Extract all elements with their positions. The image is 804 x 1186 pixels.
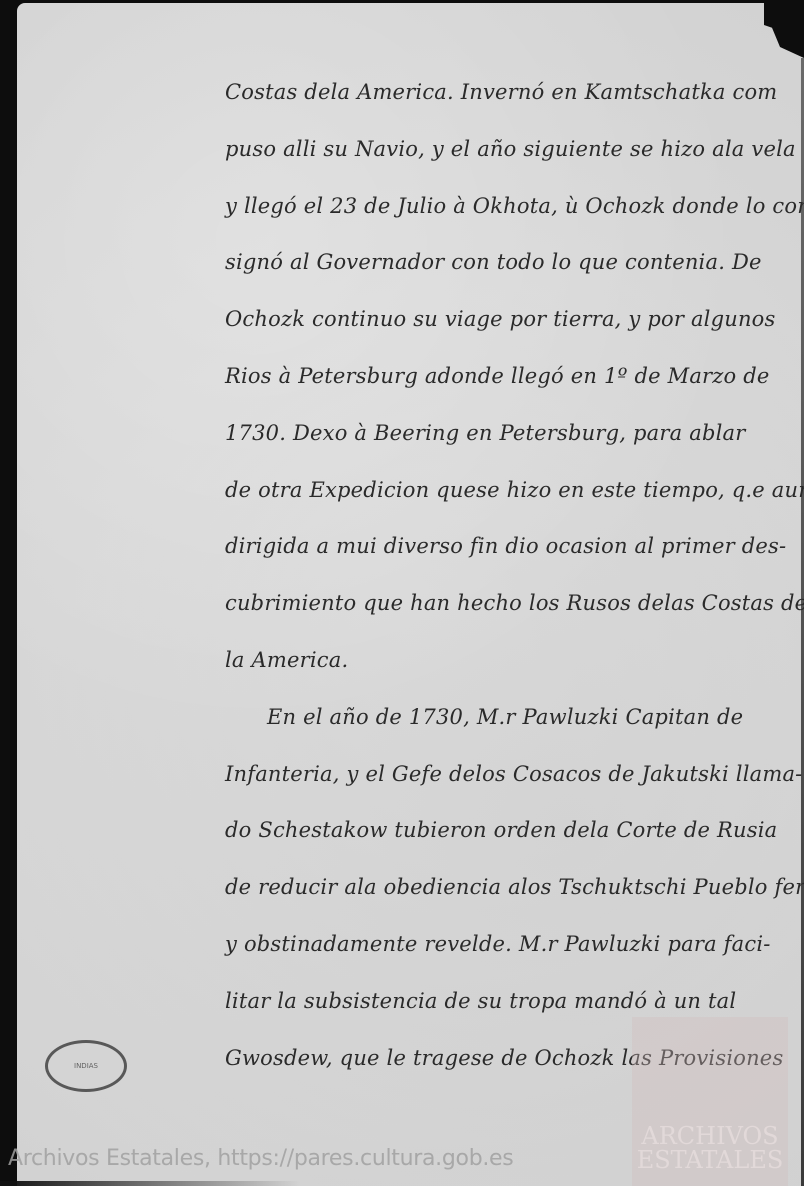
manuscript-text: Costas dela America. Invernó en Kamtscha… <box>225 72 800 1094</box>
scan-shadow <box>0 1181 300 1186</box>
manuscript-line: Ochozk continuo su viage por tierra, y p… <box>225 299 800 356</box>
archive-logo-watermark: ARCHIVOS ESTATALES <box>632 1017 788 1186</box>
manuscript-line: Costas dela America. Invernó en Kamtscha… <box>225 72 800 129</box>
manuscript-line: dirigida a mui diverso fin dio ocasion a… <box>225 526 800 583</box>
manuscript-line: signó al Governador con todo lo que cont… <box>225 242 800 299</box>
stamp-text: INDIAS <box>74 1062 98 1070</box>
manuscript-line: En el año de 1730, M.r Pawluzki Capitan … <box>225 697 800 754</box>
manuscript-line: de otra Expedicion quese hizo en este ti… <box>225 470 800 527</box>
manuscript-line: cubrimiento que han hecho los Rusos dela… <box>225 583 800 640</box>
torn-corner <box>764 3 804 58</box>
manuscript-line: y obstinadamente revelde. M.r Pawluzki p… <box>225 924 800 981</box>
logo-line: ARCHIVOS <box>632 1124 788 1148</box>
manuscript-line: de reducir ala obediencia alos Tschuktsc… <box>225 867 800 924</box>
manuscript-line: puso alli su Navio, y el año siguiente s… <box>225 129 800 186</box>
source-watermark: Archivos Estatales, https://pares.cultur… <box>8 1146 513 1171</box>
manuscript-line: y llegó el 23 de Julio à Okhota, ù Ochoz… <box>225 186 800 243</box>
manuscript-line: do Schestakow tubieron orden dela Corte … <box>225 810 800 867</box>
manuscript-line: 1730. Dexo à Beering en Petersburg, para… <box>225 413 800 470</box>
logo-line: ESTATALES <box>632 1148 788 1172</box>
manuscript-line: Infanteria, y el Gefe delos Cosacos de J… <box>225 754 800 811</box>
manuscript-line: la America. <box>225 640 800 697</box>
archive-stamp: INDIAS <box>45 1040 127 1092</box>
manuscript-line: Rios à Petersburg adonde llegó en 1º de … <box>225 356 800 413</box>
